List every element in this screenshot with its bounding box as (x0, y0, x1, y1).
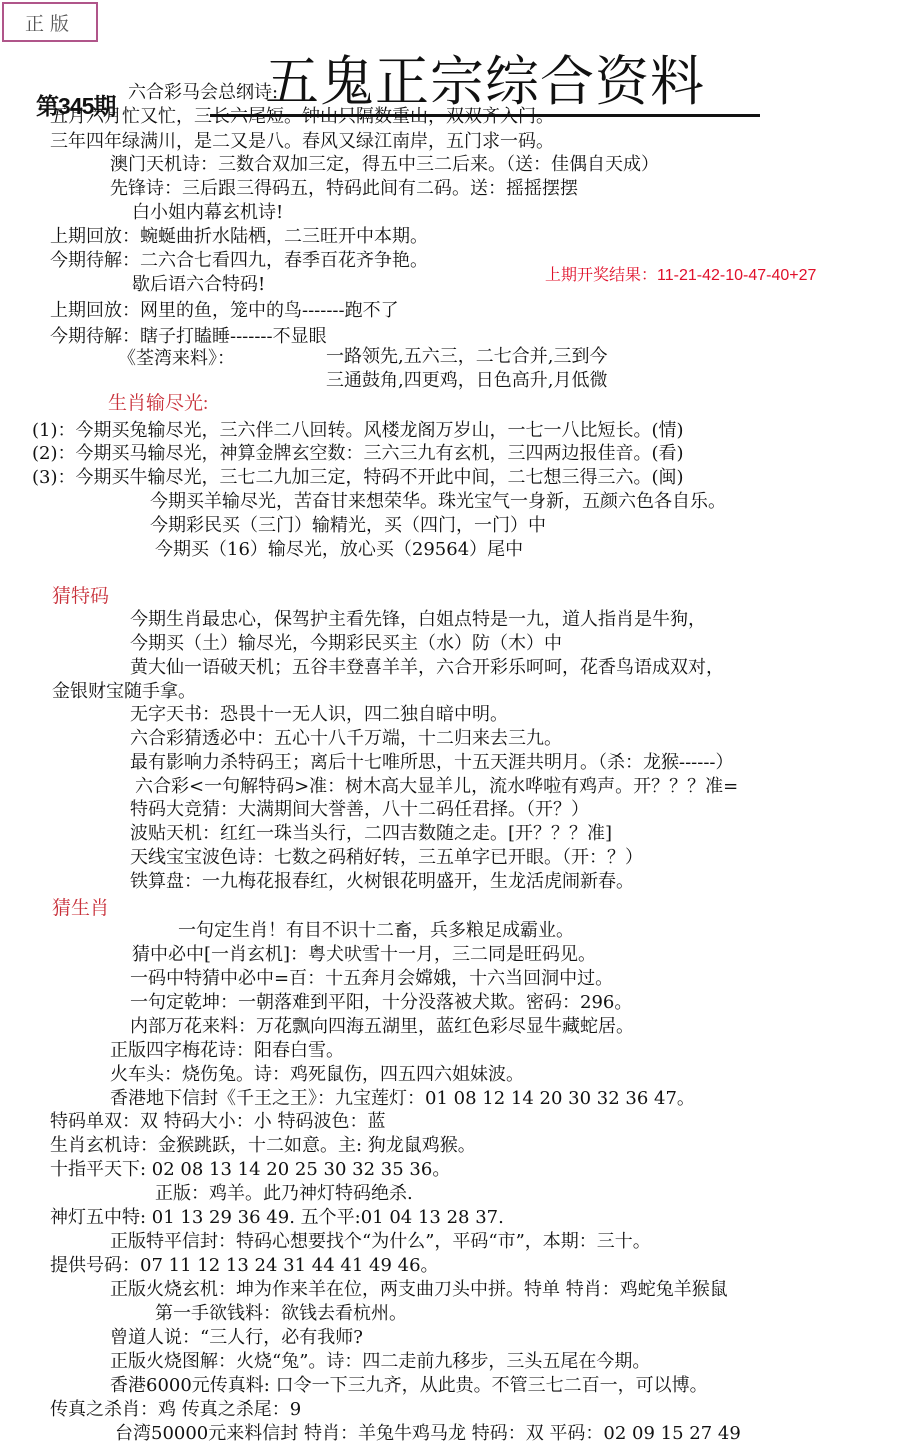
text-line: 今期买羊输尽光，苦奋甘来想荣华。珠光宝气一身新，五颜六色各自乐。 (150, 491, 726, 513)
text-line: 无字天书：恐畏十一无人识，四二独自暗中明。 (130, 704, 508, 726)
text-line: 三年四年绿满川，是二又是八。春风又绿江南岸，五门求一码。 (50, 131, 554, 153)
text-line: 正版火烧玄机：坤为作来羊在位，两支曲刀头中拼。特单 特肖：鸡蛇兔羊猴鼠 (110, 1279, 728, 1301)
text-line: (3)：今期买牛输尽光，三七二九加三定，特码不开此中间，二七想三得三六。(闽) (32, 467, 684, 489)
text-line: 台湾50000元来料信封 特肖：羊兔牛鸡马龙 特码：双 平码：02 09 15 … (115, 1423, 741, 1445)
text-line: 特码大竞猜：大满期间大誉善，八十二码任君择。（开？） (130, 799, 589, 821)
section-heading: 猜特码 (52, 581, 109, 608)
text-line: 正版：鸡羊。此乃神灯特码绝杀. (155, 1183, 413, 1205)
text-line: 六合彩马会总纲诗: (128, 82, 278, 104)
text-line: 一句定乾坤：一朝落难到平阳，十分没落被犬欺。密码：296。 (130, 992, 632, 1014)
text-line: 第一手欲钱料：欲钱去看杭州。 (155, 1303, 407, 1325)
last-draw-value: ：11-21-42-10-47-40+27 (641, 267, 816, 284)
text-line: 神灯五中特: 01 13 29 36 49. 五个平:01 04 13 28 3… (50, 1207, 504, 1229)
section-heading: 生肖输尽光: (108, 388, 208, 415)
text-line: 《荃湾来料》： (118, 348, 235, 370)
text-line: 正版火烧图解：火烧“兔”。诗：四二走前九移步，三头五尾在今期。 (110, 1351, 650, 1373)
text-line: 猜中必中[一肖玄机]：粤犬吠雪十一月，三二同是旺码见。 (132, 944, 596, 966)
text-line: (2)：今期买马输尽光，神算金牌玄空数：三六三九有玄机，三四两边报佳音。(看) (32, 443, 684, 465)
text-line: 十指平天下: 02 08 13 14 20 25 30 32 35 36。 (50, 1159, 450, 1181)
last-draw-result: 上期开奖结果：11-21-42-10-47-40+27 (545, 262, 816, 285)
text-line: 香港地下信封《千王之王》：九宝莲灯：01 08 12 14 20 30 32 3… (110, 1088, 695, 1110)
text-line: 特码单双：双 特码大小：小 特码波色：蓝 (50, 1111, 385, 1133)
text-line: 香港6000元传真料: 口令一下三九齐，从此贵。不管三七二百一，可以博。 (110, 1375, 708, 1397)
text-line: 今期彩民买（三门）输精光，买（四门，一门）中 (150, 515, 546, 537)
text-line: 波贴天机：红红一珠当头行，二四吉数随之走。[开？？？准] (130, 823, 612, 845)
text-line: 正版四字梅花诗：阳春白雪。 (110, 1040, 344, 1062)
text-line: 五月六月忙又忙，三长六尾短。钟山只隔数重山，双双齐入门。 (50, 106, 554, 128)
section-heading: 猜生肖 (52, 893, 109, 920)
text-line: 一路领先,五六三，二七合并,三到今 (326, 346, 607, 368)
text-line: (1)：今期买兔输尽光，三六伴二八回转。风楼龙阁万岁山，一七一八比短长。(情) (32, 420, 684, 442)
text-line: 六合彩<一句解特码>准：树木高大显羊儿，流水哗啦有鸡声。开？？？准= (135, 776, 738, 798)
text-line: 今期生肖最忠心，保驾护主看先锋，白姐点特是一九，道人指肖是牛狗， (130, 609, 706, 631)
text-line: 最有影响力杀特码王；离后十七唯所思，十五天涯共明月。（杀：龙猴------） (130, 752, 734, 774)
text-line: 金银财宝随手拿。 (52, 681, 196, 703)
text-line: 正版特平信封：特码心想要找个“为什么”，平码“市”，本期：三十。 (110, 1231, 651, 1253)
text-line: 今期买（16）输尽光，放心买（29564）尾中 (155, 539, 523, 561)
text-line: 传真之杀肖：鸡 传真之杀尾：9 (50, 1399, 301, 1421)
text-line: 曾道人说：“三人行，必有我师? (110, 1327, 363, 1349)
text-line: 澳门天机诗：三数合双加三定，得五中三二后来。（送：佳偶自天成） (110, 154, 659, 176)
text-line: 火车头：烧伤兔。诗：鸡死鼠伤，四五四六姐妹波。 (110, 1064, 524, 1086)
last-draw-label: 上期开奖结果 (545, 267, 641, 284)
text-line: 黄大仙一语破天机；五谷丰登喜羊羊，六合开彩乐呵呵，花香鸟语成双对， (130, 657, 724, 679)
text-line: 三通鼓角,四更鸡，日色高升,月低微 (326, 370, 607, 392)
text-line: 上期回放：网里的鱼，笼中的鸟-------跑不了 (50, 300, 399, 322)
text-line: 六合彩猜透必中：五心十八千万端，十二归来去三九。 (130, 728, 562, 750)
text-line: 提供号码：07 11 12 13 24 31 44 41 49 46。 (50, 1255, 439, 1277)
text-line: 先锋诗：三后跟三得码五，特码此间有二码。送：摇摇摆摆 (110, 178, 578, 200)
text-line: 白小姐内幕玄机诗! (132, 202, 283, 224)
text-line: 歇后语六合特码! (132, 274, 265, 296)
text-line: 上期回放：蜿蜒曲折水陆栖，二三旺开中本期。 (50, 226, 428, 248)
text-line: 天线宝宝波色诗：七数之码稍好转，三五单字已开眼。（开：？） (130, 847, 643, 869)
text-line: 一码中特猜中必中=百：十五奔月会嫦娥，十六当回洞中过。 (130, 968, 613, 990)
text-line: 今期待解：二六合七看四九，春季百花齐争艳。 (50, 250, 428, 272)
text-line: 今期买（土）输尽光，今期彩民买主（水）防（木）中 (130, 633, 562, 655)
text-line: 铁算盘：一九梅花报春红，火树银花明盛开，生龙活虎闹新春。 (130, 871, 634, 893)
genuine-badge: 正版 (2, 2, 98, 42)
text-line: 生肖玄机诗：金猴跳跃，十二如意。主: 狗龙鼠鸡猴。 (50, 1135, 476, 1157)
text-line: 内部万花来料：万花飘向四海五湖里，蓝红色彩尽显牛藏蛇居。 (130, 1016, 634, 1038)
text-line: 今期待解：瞎子打瞌睡-------不显眼 (50, 326, 327, 348)
text-line: 一句定生肖！有目不识十二畜，兵多粮足成霸业。 (178, 920, 574, 942)
